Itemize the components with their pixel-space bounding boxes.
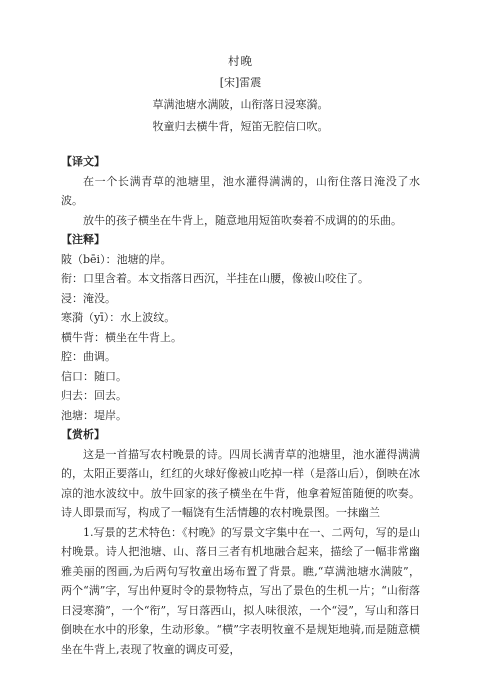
poem-line-1: 草满池塘水满陂，山衔落日浸寒漪。 xyxy=(61,94,420,116)
note-line-ripples: 寒漪（yī）：水上波纹。 xyxy=(61,308,420,328)
poem-line-2: 牧童归去横牛背，短笛无腔信口吹。 xyxy=(61,116,420,138)
document-page: 村晚 [宋]雷震 草满池塘水满陂，山衔落日浸寒漪。 牧童归去横牛背，短笛无腔信口… xyxy=(0,0,479,678)
analysis-paragraph-1: 这是一首描写农村晚景的诗。四周长满青草的池塘里，池水灌得满满的，太阳正要落山，红… xyxy=(61,445,420,523)
note-line-submerge: 浸：淹没。 xyxy=(61,289,420,309)
section-header-notes: 【注释】 xyxy=(61,230,420,250)
note-line-pond-bank: 陂（bēi）：池塘的岸。 xyxy=(61,250,420,270)
translation-paragraph-1: 在一个长满青草的池塘里，池水灌得满满的，山衔住落日淹没了水波。 xyxy=(61,172,420,211)
note-line-sit-across-ox: 横牛背：横坐在牛背上。 xyxy=(61,328,420,348)
note-line-casually: 信口：随口。 xyxy=(61,367,420,387)
document-body: 【译文】 在一个长满青草的池塘里，池水灌得满满的，山衔住落日淹没了水波。 放牛的… xyxy=(61,152,420,659)
note-line-return: 归去：回去。 xyxy=(61,386,420,406)
note-line-tune: 腔：曲调。 xyxy=(61,347,420,367)
analysis-paragraph-2: 1.写景的艺术特色：《村晚》的写景文字集中在一、二两句，写的是山村晚景。诗人把池… xyxy=(61,523,420,660)
note-line-pond: 池塘：堤岸。 xyxy=(61,406,420,426)
translation-paragraph-2: 放牛的孩子横坐在牛背上，随意地用短笛吹奏着不成调的的乐曲。 xyxy=(61,211,420,231)
note-line-hold-in-mouth: 衔：口里含着。本文指落日西沉，半挂在山腰，像被山咬住了。 xyxy=(61,269,420,289)
section-header-translation: 【译文】 xyxy=(61,152,420,172)
poem-title: 村晚 xyxy=(61,50,420,72)
section-header-analysis: 【赏析】 xyxy=(61,425,420,445)
document-content: 村晚 [宋]雷震 草满池塘水满陂，山衔落日浸寒漪。 牧童归去横牛背，短笛无腔信口… xyxy=(61,50,420,659)
poem-header: 村晚 [宋]雷震 草满池塘水满陂，山衔落日浸寒漪。 牧童归去横牛背，短笛无腔信口… xyxy=(61,50,420,138)
poem-author: [宋]雷震 xyxy=(61,72,420,94)
